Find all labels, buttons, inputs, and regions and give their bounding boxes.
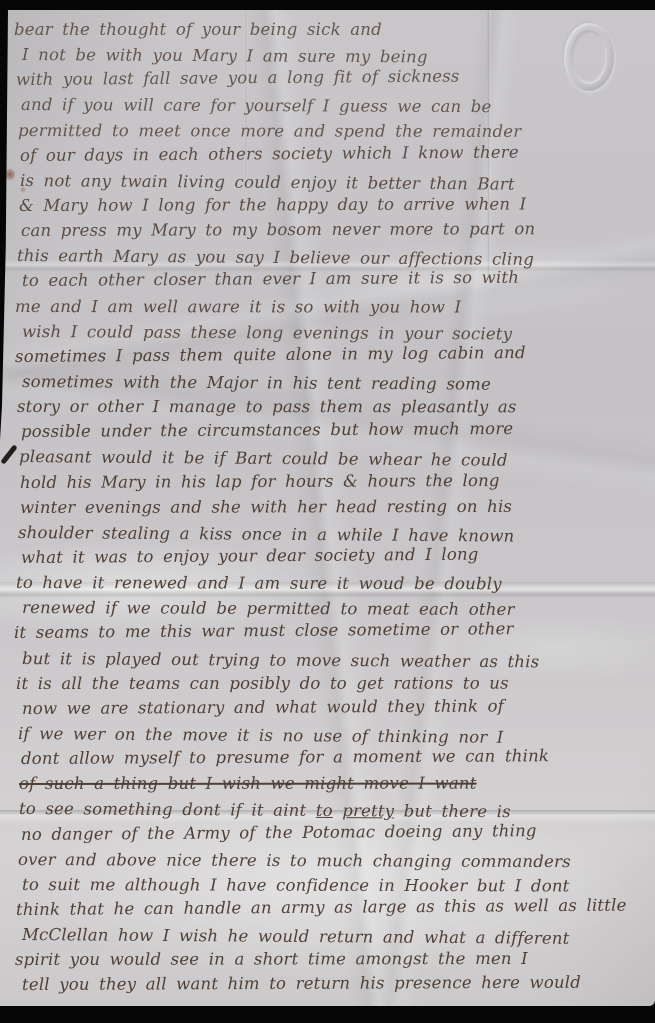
letter-line: of such a thing but I wish we might move…: [19, 771, 653, 797]
letter-line-segment: it is all the teams can posibly do to ge…: [16, 673, 509, 692]
letter-line: spirit you would see in a short time amo…: [14, 946, 653, 972]
letter-line-segment: bear the thought of your being sick and: [14, 20, 382, 39]
letter-line: what it was to enjoy your dear society a…: [21, 540, 653, 570]
letter-line: winter evenings and she with her head re…: [20, 493, 653, 520]
letter-line: & Mary how I long for the happy day to a…: [19, 191, 653, 218]
letter-line: sometimes I pass them quite alone in my …: [15, 339, 653, 369]
letter-line: it is all the teams can posibly do to ge…: [16, 670, 653, 696]
letter-line: tell you they all want him to return his…: [22, 970, 653, 998]
letter-line: possible under the circumstances but how…: [21, 415, 653, 444]
letter-line: over and above nice there is to much cha…: [17, 847, 653, 875]
letter-line-segment: possible under the circumstances but how…: [21, 419, 513, 441]
letter-line: now we are stationary and what would the…: [21, 692, 653, 720]
letter-line-segment: winter evenings and she with her head re…: [20, 497, 512, 517]
letter-line-segment: me and I am well aware it is so with you…: [15, 297, 461, 317]
letter-line-segment: it seams to me this war must close somet…: [14, 620, 514, 643]
letter-line-segment: to suit me although I have confidence in…: [22, 875, 570, 895]
letter-line: can press my Mary to my bosom never more…: [21, 216, 653, 243]
letter-line: think that he can handle an army as larg…: [15, 892, 653, 922]
letter-line-segment: hold his Mary in his lap for hours & hou…: [20, 471, 500, 492]
letter-line: bear the thought of your being sick and: [14, 17, 653, 42]
letter-line-segment: tell you they all want him to return his…: [22, 973, 581, 994]
letter-line-segment: to: [316, 801, 333, 820]
letter-line: to each other closer than ever I am sure…: [22, 264, 653, 293]
letter-line-segment: permitted to meet once more and spend th…: [18, 121, 521, 141]
letter-text: bear the thought of your being sick andI…: [14, 17, 653, 1006]
letter-line-segment: with you last fall save you a long fit o…: [16, 67, 460, 89]
letter-line-segment: but it is played out trying to move such…: [22, 649, 539, 671]
letter-line-segment: to each other closer than ever I am sure…: [22, 268, 519, 290]
scanned-letter: bear the thought of your being sick andI…: [0, 0, 655, 1023]
letter-line: me and I am well aware it is so with you…: [15, 294, 653, 320]
letter-line-segment: sometimes with the Major in his tent rea…: [22, 372, 491, 394]
letter-line-segment: & Mary how I long for the happy day to a…: [19, 194, 526, 215]
letter-line: of our days in each others society which…: [20, 138, 653, 167]
letter-line: dont allow myself to presume for a momen…: [21, 743, 654, 771]
letter-line-segment: but I wish we might move I want: [159, 774, 477, 793]
letter-line-segment: no danger of the Army of the Potomac doe…: [21, 821, 537, 844]
letter-line-segment: what it was to enjoy your dear society a…: [21, 545, 479, 567]
letter-line-segment: can press my Mary to my bosom never more…: [21, 219, 535, 240]
letter-line-segment: over and above nice there is to much cha…: [17, 850, 570, 871]
letter-line-segment: sometimes I pass them quite alone in my …: [15, 343, 526, 366]
letter-line-segment: think that he can handle an army as larg…: [15, 895, 626, 918]
letter-line-segment: is not any twain living could enjoy it b…: [20, 171, 515, 194]
letter-line-segment: McClellan how I wish he would return and…: [22, 925, 570, 948]
letter-line-segment: now we are stationary and what would the…: [21, 696, 503, 718]
letter-line: with you last fall save you a long fit o…: [16, 62, 653, 92]
letter-line-segment: spirit you would see in a short time amo…: [14, 949, 527, 969]
letter-line-segment: story or other I manage to pass them as …: [17, 397, 517, 416]
letter-line-segment: pleasant would it be if Bart could be wh…: [19, 447, 508, 470]
letter-line: no danger of the Army of the Potomac doe…: [21, 817, 653, 847]
letter-line-segment: to have it renewed and I am sure it woud…: [16, 573, 502, 593]
letter-line-segment: dont allow myself to presume for a momen…: [21, 746, 549, 768]
letter-line-segment: of such a thing: [19, 774, 158, 793]
letter-line: hold his Mary in his lap for hours & hou…: [20, 467, 653, 495]
letter-line-segment: to see something dont if it aint: [19, 799, 316, 820]
letter-page: bear the thought of your being sick andI…: [0, 10, 655, 1006]
letter-line-segment: pretty: [342, 801, 394, 820]
letter-line-segment: and if you will care for yourself I gues…: [21, 95, 492, 116]
letter-line: and if you will care for yourself I gues…: [21, 92, 653, 120]
letter-line: to have it renewed and I am sure it woud…: [16, 570, 653, 597]
letter-line-segment: of our days in each others society which…: [20, 142, 519, 164]
letter-line: it seams to me this war must close somet…: [14, 615, 653, 645]
